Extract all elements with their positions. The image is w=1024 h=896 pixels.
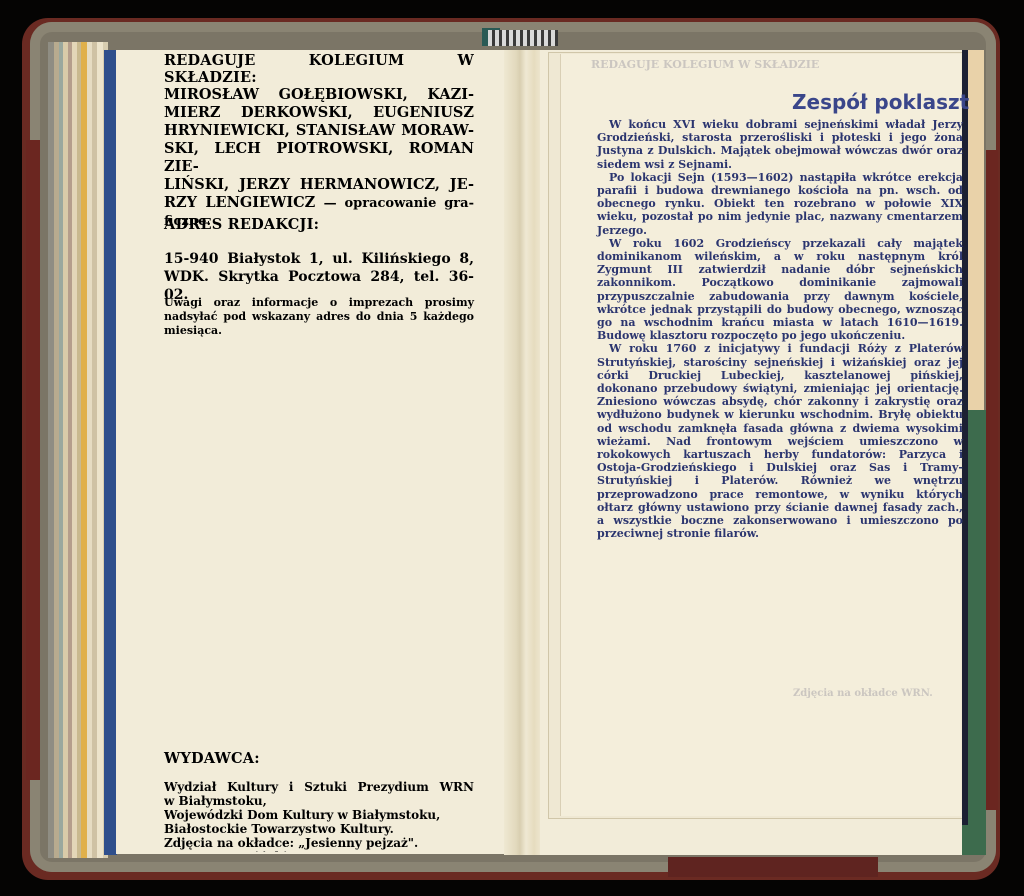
show-through-caption: Zdjęcia na okładce WRN. [793,688,933,699]
page-fore-edges [48,42,108,858]
article-title: Zespół poklaszt [792,90,969,114]
publisher-line: Wojewódzki Dom Kultury w Białymstoku, [164,808,474,822]
notice-line: miesiąca. [164,324,474,338]
publisher-line: Białostockie Towarzystwo Kultury. [164,822,474,836]
member-line: MIERZ DERKOWSKI, EUGENIUSZ [164,104,474,122]
notice-block: Uwagi oraz informacje o imprezach prosim… [164,296,474,338]
bookmark-band [488,30,558,46]
tan-page-tab [968,50,984,415]
article-body: W końcu XVI wieku dobrami sejneńskimi wł… [597,118,963,541]
article-paragraph: W roku 1760 z inicjatywy i fundacji Róży… [597,342,963,540]
cover-red-right [986,150,998,810]
member-line: MIROSŁAW GOŁĘBIOWSKI, KAZI- [164,86,474,104]
address-line: 15-940 Białystok 1, ul. Kilińskiego 8, [164,250,474,268]
graphics-note: — opracowanie gra- [324,196,474,211]
editorial-members: MIROSŁAW GOŁĘBIOWSKI, KAZI- MIERZ DERKOW… [164,86,474,231]
publisher-line: Zdjęcia na okładce: „Jesienny pejzaż". [164,836,474,850]
member-line: LIŃSKI, JERZY HERMANOWICZ, JE- [164,176,474,194]
publisher-line: w Białymstoku, [164,794,474,808]
article-paragraph: W końcu XVI wieku dobrami sejneńskimi wł… [597,118,963,171]
member-line: HRYNIEWICKI, STANISŁAW MORAW- [164,122,474,140]
article-paragraph: Po lokacji Sejn (1593—1602) nastąpiła wk… [597,171,963,237]
article-paragraph: W roku 1602 Grodzieńscy przekazali cały … [597,237,963,343]
notice-line: nadsyłać pod wskazany adres do dnia 5 ka… [164,310,474,324]
cover-red-left [26,140,40,780]
address-heading: ADRES REDAKCJI: [164,216,474,233]
notice-line: Uwagi oraz informacje o imprezach prosim… [164,296,474,310]
editorial-heading: REDAGUJE KOLEGIUM W SKŁADZIE: [164,52,474,86]
publisher-heading: WYDAWCA: [164,750,474,767]
publisher-line: Wydział Kultury i Sztuki Prezydium WRN [164,780,474,794]
member-line: RZY LENGIEWICZ [164,194,315,211]
book-gutter [504,50,544,855]
show-through-header: REDAGUJE KOLEGIUM W SKŁADZIE [591,58,819,71]
publisher-line: Fot. H. Rogoziński. [164,850,474,852]
cover-red-bottom [668,857,878,877]
publisher-block: Wydział Kultury i Sztuki Prezydium WRN w… [164,780,474,852]
member-line: SKI, LECH PIOTROWSKI, ROMAN ZIE- [164,140,474,176]
